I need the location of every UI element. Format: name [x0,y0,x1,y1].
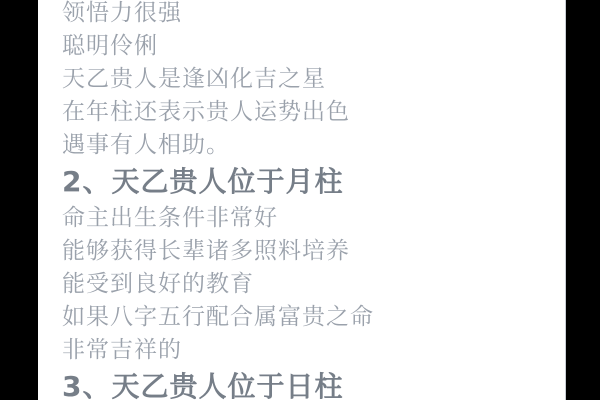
content-panel: 领悟力很强 聪明伶俐 天乙贵人是逢凶化吉之星 在年柱还表示贵人运势出色 遇事有人… [38,0,566,400]
paragraph-line: 遇事有人相助。 [62,129,557,162]
letterbox-left [0,0,38,400]
letterbox-right [566,0,600,400]
paragraph-line: 领悟力很强 [62,0,557,30]
paragraph-line: 如果八字五行配合属富贵之命 [62,301,557,334]
paragraph-line: 非常吉祥的 [62,334,557,367]
paragraph-line: 天乙贵人是逢凶化吉之星 [62,63,557,96]
paragraph-line: 能够获得长辈诸多照料培养 [62,235,557,268]
section-heading: 2、天乙贵人位于月柱 [62,162,557,202]
article-text: 领悟力很强 聪明伶俐 天乙贵人是逢凶化吉之星 在年柱还表示贵人运势出色 遇事有人… [62,0,557,400]
paragraph-line: 聪明伶俐 [62,30,557,63]
paragraph-line: 命主出生条件非常好 [62,202,557,235]
paragraph-line: 能受到良好的教育 [62,268,557,301]
paragraph-line: 在年柱还表示贵人运势出色 [62,96,557,129]
page-stage: 领悟力很强 聪明伶俐 天乙贵人是逢凶化吉之星 在年柱还表示贵人运势出色 遇事有人… [0,0,600,400]
section-heading: 3、天乙贵人位于日柱 [62,367,557,400]
